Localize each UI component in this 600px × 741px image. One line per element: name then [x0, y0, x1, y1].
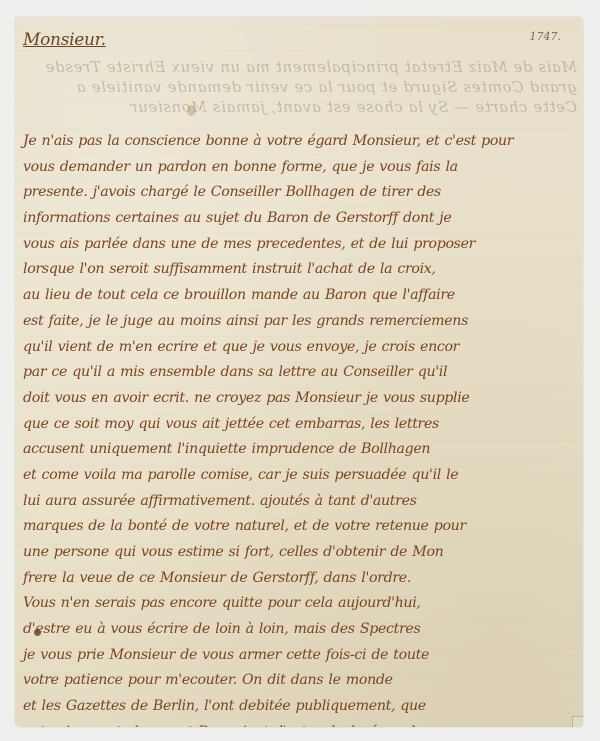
text-line: que ce soit moy qui vous ait jettée cet …	[23, 412, 579, 438]
ghost-line: Mais de Maiz Etretat principalement ma u…	[15, 57, 583, 77]
document-viewer: Mais de Maiz Etretat principalement ma u…	[0, 0, 600, 741]
text-line: au lieu de tout cela ce brouillon mande …	[23, 283, 579, 309]
text-line: lorsque l'on seroit suffisamment instrui…	[23, 257, 579, 283]
text-line: Je n'ais pas la conscience bonne à votre…	[23, 129, 579, 155]
text-line: vous ais parlée dans une de mes preceden…	[23, 232, 579, 258]
text-line: vous demander un pardon en bonne forme, …	[23, 155, 579, 181]
text-line: votre patience pour m'ecouter. On dit da…	[23, 668, 579, 694]
text-line: doit vous en avoir ecrit. ne croyez pas …	[23, 386, 579, 412]
text-line: d'estre eu à vous écrire de loin à loin,…	[23, 617, 579, 643]
letter-body: Je n'ais pas la conscience bonne à votre…	[23, 129, 579, 727]
folded-corner	[572, 716, 583, 727]
text-line: par ce qu'il a mis ensemble dans sa lett…	[23, 360, 579, 386]
show-through-text: Mais de Maiz Etretat principalement ma u…	[15, 57, 583, 117]
text-line: je vous prie Monsieur de vous armer cett…	[23, 643, 579, 669]
text-line: une persone qui vous estime si fort, cel…	[23, 540, 579, 566]
text-line: qu'il vient de m'en ecrire et que je vou…	[23, 335, 579, 361]
text-line: informations certaines au sujet du Baron…	[23, 206, 579, 232]
text-line: et les Gazettes de Berlin, l'ont debitée…	[23, 694, 579, 720]
ghost-line: grand Comtes Sigurd et pour la ce venir …	[15, 77, 583, 97]
salutation: Monsieur.	[23, 30, 106, 50]
text-line: marques de la bonté de votre naturel, et…	[23, 514, 579, 540]
text-line: et come voila ma parolle comise, car je …	[23, 463, 579, 489]
text-line: lui aura assurée affirmativement. ajouté…	[23, 489, 579, 515]
text-line: est faite, je le juge au moins ainsi par…	[23, 309, 579, 335]
year-annotation: 1747.	[530, 30, 562, 43]
water-stain	[187, 105, 196, 116]
text-line: presente. j'avois chargé le Conseiller B…	[23, 180, 579, 206]
text-line: frere la veue de ce Monsieur de Gerstorf…	[23, 566, 579, 592]
text-line: notre jeune et charmant Duc, vient d'est…	[23, 720, 579, 727]
text-line: Vous n'en serais pas encore quitte pour …	[23, 591, 579, 617]
text-line: accusent uniquement l'inquiette impruden…	[23, 437, 579, 463]
letter-page: Mais de Maiz Etretat principalement ma u…	[15, 17, 583, 727]
ghost-line: Cette charte — Sy la chose est avant, ja…	[15, 97, 583, 117]
